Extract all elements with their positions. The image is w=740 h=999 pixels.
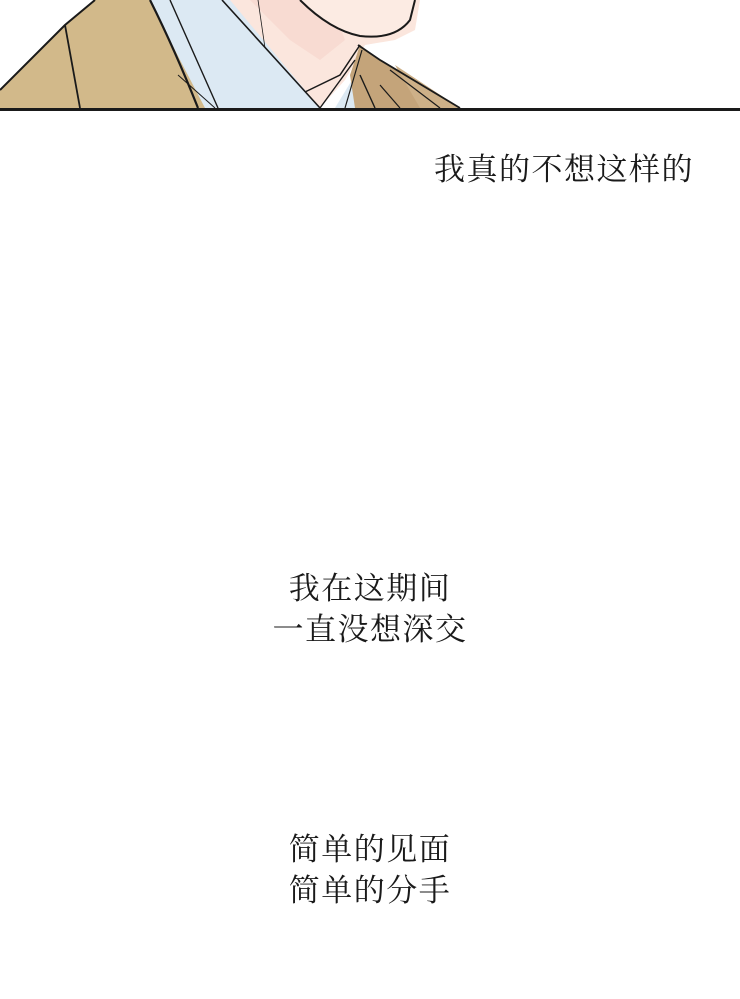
- panel-border: [0, 108, 740, 111]
- caption-line: 我真的不想这样的: [434, 150, 716, 191]
- caption-line: 我在这期间: [0, 569, 740, 610]
- caption-middle: 我在这期间 一直没想深交: [0, 569, 740, 651]
- comic-panel: [0, 0, 740, 111]
- caption-line: 一直没想深交: [0, 610, 740, 651]
- caption-top: 我真的不想这样的: [434, 150, 716, 191]
- panel-illustration: [0, 0, 740, 111]
- caption-line: 简单的见面: [0, 830, 740, 871]
- caption-bottom: 简单的见面 简单的分手: [0, 830, 740, 912]
- caption-line: 简单的分手: [0, 871, 740, 912]
